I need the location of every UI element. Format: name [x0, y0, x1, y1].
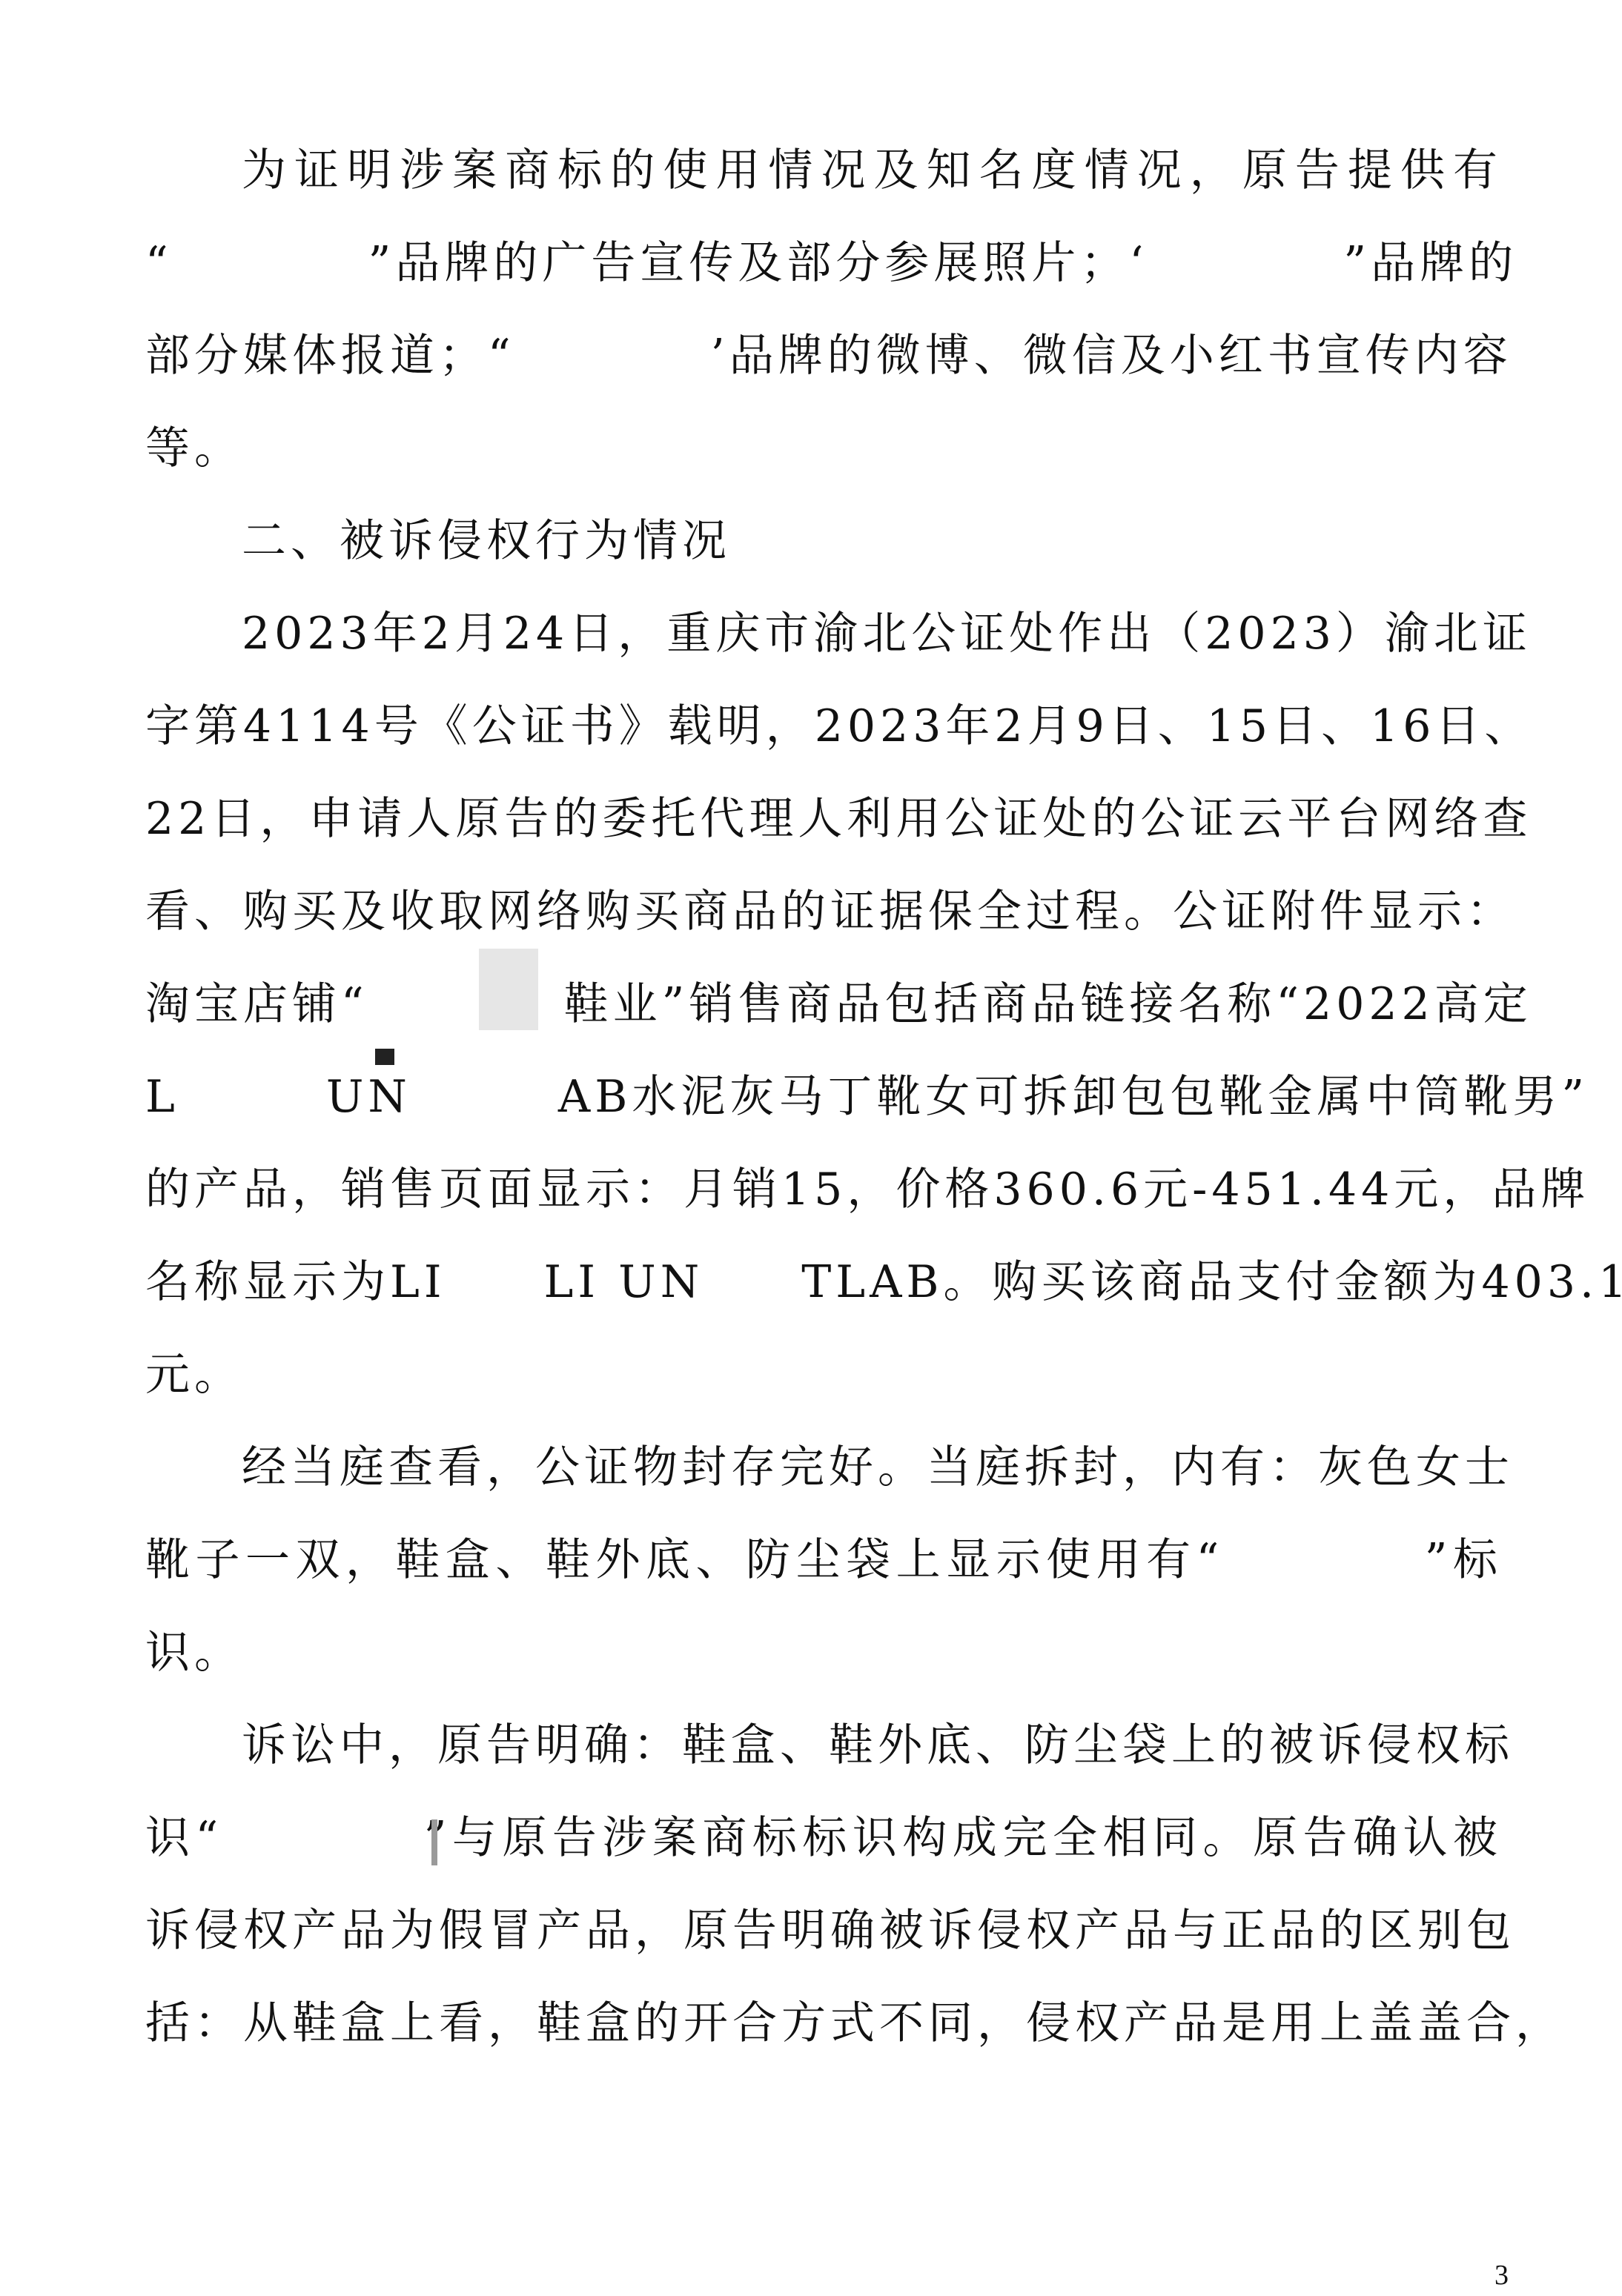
paragraph-2-line-9: 元。 [145, 1345, 1502, 1404]
redaction-block-light [479, 949, 538, 1030]
paragraph-3-line-2: 靴子一双，鞋盒、鞋外底、防尘袋上显示使用有“ ”标 [145, 1530, 1502, 1590]
paragraph-2-line-5: 淘宝店铺“ 鞋业”销售商品包括商品链接名称“2022高定 [145, 975, 1502, 1034]
paragraph-4-line-1: 诉讼中，原告明确：鞋盒、鞋外底、防尘袋上的被诉侵权标 [145, 1716, 1502, 1775]
paragraph-2-line-6: L UN AB水泥灰马丁靴女可拆卸包包靴金属中筒靴男” [145, 1067, 1502, 1127]
section-heading-infringement: 二、被诉侵权行为情况 [145, 511, 1502, 571]
paragraph-4-line-4: 括：从鞋盒上看，鞋盒的开合方式不同，侵权产品是用上盖盖合， [145, 1994, 1502, 2053]
paragraph-1-line-4: 等。 [145, 419, 1502, 478]
paragraph-2-line-7: 的产品，销售页面显示：月销15，价格360.6元-451.44元，品牌 [145, 1160, 1502, 1219]
paragraph-4-line-2: 识“ ”与原告涉案商标标识构成完全相同。原告确认被 [145, 1808, 1502, 1868]
paragraph-1-line-2: “ ”品牌的广告宣传及部分参展照片；‘ ”品牌的 [145, 233, 1502, 293]
paragraph-2-line-3: 22日，申请人原告的委托代理人利用公证处的公证云平台网络查 [145, 789, 1502, 849]
redaction-bar [431, 1819, 437, 1865]
paragraph-4-line-3: 诉侵权产品为假冒产品，原告明确被诉侵权产品与正品的区别包 [145, 1901, 1502, 1960]
paragraph-2-line-4: 看、购买及收取网络购买商品的证据保全过程。公证附件显示： [145, 882, 1502, 941]
paragraph-2-line-1: 2023年2月24日，重庆市渝北公证处作出（2023）渝北证 [145, 604, 1502, 663]
page-number: 3 [1494, 2259, 1509, 2292]
paragraph-2-line-8: 名称显示为LI LI UN TLAB。购买该商品支付金额为403.16 [145, 1252, 1502, 1312]
paragraph-3-line-3: 识。 [145, 1623, 1502, 1682]
paragraph-1-line-3: 部分媒体报道；“ ’品牌的微博、微信及小红书宣传内容 [145, 326, 1502, 385]
paragraph-3-line-1: 经当庭查看，公证物封存完好。当庭拆封，内有：灰色女士 [145, 1438, 1502, 1497]
paragraph-2-line-2: 字第4114号《公证书》载明，2023年2月9日、15日、16日、 [145, 697, 1502, 756]
redaction-block-dark [375, 1049, 394, 1065]
paragraph-1-line-1: 为证明涉案商标的使用情况及知名度情况，原告提供有 [145, 141, 1502, 200]
